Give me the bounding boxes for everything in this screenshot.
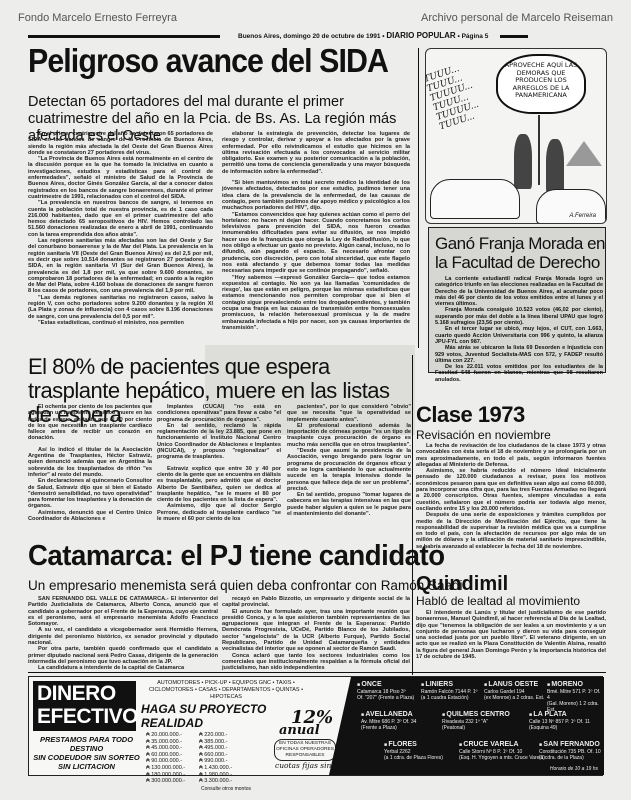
cartoon-figure-woman xyxy=(546,139,564,194)
paragraph: Asimismo, denunció que el Centro Unico C… xyxy=(28,510,152,523)
paragraph: De los 22.011 votos emitidos por los est… xyxy=(435,364,603,383)
branch-lanus-oeste: LANUS OESTECarlos Gardel 194(ex Monroe) … xyxy=(484,681,544,701)
loan-amount: ₳ 90.000.000.- xyxy=(146,758,196,765)
catamarca-column-1: SAN FERNANDO DEL VALLE DE CATAMARCA.- El… xyxy=(28,596,218,672)
paragraph: El ochenta por ciento de los pacientes q… xyxy=(28,404,152,442)
paragraph: "Hoy sabemos —expresó González García— q… xyxy=(222,275,410,332)
paragraph: El anuncio fue formulado ayer, tras una … xyxy=(222,609,410,653)
loan-amount-new: ₳ 660.000.- xyxy=(199,752,249,759)
branch-address: (Peatonal) xyxy=(442,725,510,731)
cartoon-sign-bubble: APROVECHE AQUÍ LAS DEMORAS QUE PRODUCEN … xyxy=(496,54,586,114)
cartoon-tent xyxy=(566,141,602,166)
loan-amount-new: ₳ 990.000.- xyxy=(199,758,249,765)
paragraph: recayó en Pablo Bizzotto, un empresario … xyxy=(222,596,410,609)
sida-headline: Peligroso avance del SIDA xyxy=(28,44,388,77)
paragraph: En declaraciones al quincenario Consulto… xyxy=(28,478,152,509)
branch-name: QUILMES CENTRO xyxy=(442,711,510,719)
trasplante-column-3: pacientes", por lo que consideró "obvio"… xyxy=(287,404,411,517)
paragraph: En tal sentido, reclamó la rápida reglam… xyxy=(157,423,281,461)
column-divider xyxy=(412,355,413,675)
branch-once: ONCECatamarca 18 Piso 3ºOf. "207" (Frent… xyxy=(357,681,414,701)
paragraph: Así lo indicó el titular de la Asociació… xyxy=(28,447,152,478)
loan-amount-new: ₳ 3.300.000.- xyxy=(199,778,249,785)
catamarca-column-2: recayó en Pablo Bizzotto, un empresario … xyxy=(222,596,410,672)
header-rule xyxy=(28,35,220,38)
paragraph: "Si bien mantuvimos en total secreto méd… xyxy=(222,180,410,211)
paragraph: A su vez, el candidato a vicegobernador … xyxy=(28,627,218,646)
loan-amount: ₳ 130.000.000.- xyxy=(146,765,196,772)
loan-amount: ₳ 35.000.000.- xyxy=(146,739,196,746)
branch-address: Of. "207" (Frente a Plaza) xyxy=(357,695,414,701)
ad-note: Consulte otros montos xyxy=(141,786,311,792)
loan-row: ₳ 180.000.000.-₳ 1.980.000.- xyxy=(146,772,311,779)
catamarca-subheadline: Un empresario menemista será quien deba … xyxy=(28,578,463,593)
ad-oval-badge: EN TODAS NUESTRAS OFICINAS OPERADORES RE… xyxy=(274,739,336,761)
ad-tagline: PRESTAMOS PARA TODO DESTINO SIN CODEUDOR… xyxy=(33,735,140,771)
paragraph: "Las demás regiones sanitarias no regist… xyxy=(28,295,213,320)
paragraph: Más atrás se ubicaron la lista 69 Desord… xyxy=(435,345,603,364)
archive-watermark-right: Archivo personal de Marcelo Reiseman xyxy=(421,12,613,24)
branch-moreno: MORENOBmé. Mitre 571 P. 1º Of. 4(Gal. Mo… xyxy=(547,681,604,713)
branch-name: FLORES xyxy=(384,741,443,749)
ad-brand: DINERO EFECTIVO xyxy=(33,681,136,731)
branch-address: (Esq. H. Yrigoyen a mts. Cruce Varela) xyxy=(459,755,545,761)
sida-column-1: En el primer cuatrimestre del año se det… xyxy=(28,131,213,326)
trasplante-column-2: Implantes (CUCAI) "no está en condicione… xyxy=(157,404,281,522)
dinero-efectivo-ad: DINERO EFECTIVO PRESTAMOS PARA TODO DEST… xyxy=(28,676,603,776)
paragraph: El intendente de Lanús y titular del jus… xyxy=(416,610,606,660)
branch-list: ONCECatamarca 18 Piso 3ºOf. "207" (Frent… xyxy=(329,677,604,775)
tagline-line: SIN CODEUDOR SIN SORTEO xyxy=(33,753,140,762)
branch-quilmes-centro: QUILMES CENTRORivadavia 232 1º "A"(Peato… xyxy=(442,711,510,731)
tagline-line: PRESTAMOS PARA TODO xyxy=(33,735,140,744)
loan-amount-new: ₳ 1.430.000.- xyxy=(199,765,249,772)
paragraph: En el primer cuatrimestre del año se det… xyxy=(28,131,213,156)
paragraph: "Estas estadísticas, continuó el ministr… xyxy=(28,320,213,326)
branch-name: ONCE xyxy=(357,681,414,689)
branch-address: (a 1 cuadra Estación) xyxy=(421,695,478,701)
loan-amount-new: ₳ 495.000.- xyxy=(199,745,249,752)
paragraph: Asimismo, se habría reducido el número i… xyxy=(416,468,606,512)
loan-amount-new: ₳ 220.000.- xyxy=(199,732,249,739)
branch-address: Bmé. Mitre 571 P. 1º Of. 4 xyxy=(547,689,604,701)
branch-address: (ex Monroe) a 2 cdras. Est. xyxy=(484,695,544,701)
page-header: Buenos Aires, domingo 20 de octubre de 1… xyxy=(28,30,498,42)
cartoon-horn-sounds: TUUU... TUUU... TUUUU... TUUU... TUUUU..… xyxy=(425,62,483,133)
cartoon-figure-woman xyxy=(514,134,532,189)
branch-address: (Frente a Plaza) xyxy=(361,725,416,731)
section-divider xyxy=(28,672,606,673)
branch-san-fernando: SAN FERNANDOConstitución 735 PB. Of. 10(… xyxy=(539,741,601,761)
loan-amount: ₳ 300.000.000.- xyxy=(146,778,196,785)
clase-subheadline: Revisación en noviembre xyxy=(416,428,551,442)
loan-amount: ₳ 20.000.000.- xyxy=(146,732,196,739)
paragraph: La corriente estudiantil radical Franja … xyxy=(435,276,603,307)
paragraph: Asimismo, dijo que al doctor Sergio Perr… xyxy=(157,503,281,522)
paragraph: SAN FERNANDO DEL VALLE DE CATAMARCA.- El… xyxy=(28,596,218,627)
paragraph: "Estamos convencidos que hay quienes act… xyxy=(222,212,410,275)
branch-address: (Esquina 49) xyxy=(529,725,590,731)
paragraph: elaborar la estrategia de prevención, de… xyxy=(222,131,410,175)
tagline-line: DESTINO xyxy=(33,744,140,753)
rate-period: anual xyxy=(279,723,320,738)
loan-amount: ₳ 180.000.000.- xyxy=(146,772,196,779)
catamarca-headline: Catamarca: el PJ tiene candidato xyxy=(28,540,445,573)
header-rule xyxy=(500,35,528,38)
quindimil-headline: Quindimil xyxy=(416,573,508,596)
branch-name: LINIERS xyxy=(421,681,478,689)
newspaper-name: DIARIO POPULAR xyxy=(386,31,455,40)
paragraph: "La prevalencia en nuestros bancos de sa… xyxy=(28,200,213,238)
editorial-cartoon: TUUU... TUUU... TUUUU... TUUU... TUUUU..… xyxy=(425,48,607,224)
sida-column-2: elaborar la estrategia de prevención, de… xyxy=(222,131,410,331)
branch-flores: FLORESYerbal 2262(a 1 cdra. de Plaza Flo… xyxy=(384,741,443,761)
paragraph: La fecha de revisación de los ciudadanos… xyxy=(416,443,606,468)
sign-post xyxy=(538,115,540,185)
paragraph: En el tercer lugar se ubicó, muy lejos, … xyxy=(435,326,603,345)
franja-morada-box: Ganó Franja Morada en la Facultad de Der… xyxy=(428,227,606,373)
branch-liniers: LINIERSRamón Falcón 7144 P. 1º(a 1 cuadr… xyxy=(421,681,478,701)
branch-name: LANUS OESTE xyxy=(484,681,544,689)
branch-avellaneda: AVELLANEDAAv. Mitre 686 P. 3º Of. 34(Fre… xyxy=(361,711,416,731)
clase-headline: Clase 1973 xyxy=(416,402,525,428)
paragraph: Conca aclaró que tanto los sectores indu… xyxy=(222,653,410,672)
paragraph: Las regiones sanitarias más afectadas so… xyxy=(28,238,213,295)
branch-name: MORENO xyxy=(547,681,604,689)
franja-headline: Ganó Franja Morada en la Facultad de Der… xyxy=(435,234,605,272)
loan-amount: ₳ 60.000.000.- xyxy=(146,752,196,759)
branch-name: LA PLATA xyxy=(529,711,590,719)
branch-name: SAN FERNANDO xyxy=(539,741,601,749)
branch-cruce-varela: CRUCE VARELACalle Storni Nº 8 P. 1º Of. … xyxy=(459,741,545,761)
loan-amount-new: ₳ 385.000.- xyxy=(199,739,249,746)
paragraph: "Desde que asumí la presidencia de la As… xyxy=(287,448,411,492)
trasplante-column-1: El ochenta por ciento de los pacientes q… xyxy=(28,404,152,522)
paragraph: "La Provincia de Buenos Aires está norma… xyxy=(28,156,213,200)
paragraph: pacientes", por lo que consideró "obvio"… xyxy=(287,404,411,423)
branch-address: (a 1 cdra. de Plaza Flores) xyxy=(384,755,443,761)
clase-body: La fecha de revisación de los ciudadanos… xyxy=(416,443,606,550)
branch-address: (1 cdra. de la Plaza) xyxy=(539,755,601,761)
paragraph: Por otra parte, también quedó confirmado… xyxy=(28,646,218,665)
paragraph: Estraviz explicó que entre 30 y 40 por c… xyxy=(157,466,281,504)
loan-row: ₳ 300.000.000.-₳ 3.300.000.- xyxy=(146,778,311,785)
paragraph: En tal sentido, propuso "tomar lugares d… xyxy=(287,492,411,517)
ad-categories: AUTOMOTORES • PICK-UP • EQUIPOS GNC • TA… xyxy=(141,680,311,701)
branch-name: CRUCE VARELA xyxy=(459,741,545,749)
archive-watermark-left: Fondo Marcelo Ernesto Ferreyra xyxy=(18,12,177,24)
quindimil-body: El intendente de Lanús y titular del jus… xyxy=(416,610,606,660)
cartoon-car xyxy=(430,179,520,219)
dateline-text: Buenos Aires, domingo 20 de octubre de 1… xyxy=(238,33,385,40)
dateline: Buenos Aires, domingo 20 de octubre de 1… xyxy=(238,31,488,40)
cartoonist-signature: A.Ferreira xyxy=(569,213,596,219)
loan-amount-new: ₳ 1.980.000.- xyxy=(199,772,249,779)
page-number: • Página 5 xyxy=(458,33,489,40)
loan-amount: ₳ 45.000.000.- xyxy=(146,745,196,752)
ad-brand-line: EFECTIVO xyxy=(37,705,132,728)
branch-name: AVELLANEDA xyxy=(361,711,416,719)
ad-brand-line: DINERO xyxy=(37,682,132,705)
franja-body: La corriente estudiantil radical Franja … xyxy=(435,276,603,383)
tagline-line: SIN LICITACION xyxy=(33,762,140,771)
column-divider xyxy=(418,48,419,348)
paragraph: Franja Morada consiguió 10.523 votos (46… xyxy=(435,307,603,326)
paragraph: La candidatura a intendente de la capita… xyxy=(28,665,218,671)
office-hours: Horario de 10 a 19 hs xyxy=(550,766,598,772)
branch-la-plata: LA PLATACalle 13 Nº 857 P. 1º Of. 11(Esq… xyxy=(529,711,590,731)
paragraph: El profesional cuestionó además la impor… xyxy=(287,423,411,448)
paragraph: Implantes (CUCAI) "no está en condicione… xyxy=(157,404,281,423)
quindimil-subheadline: Habló de lealtad al movimiento xyxy=(416,594,580,608)
